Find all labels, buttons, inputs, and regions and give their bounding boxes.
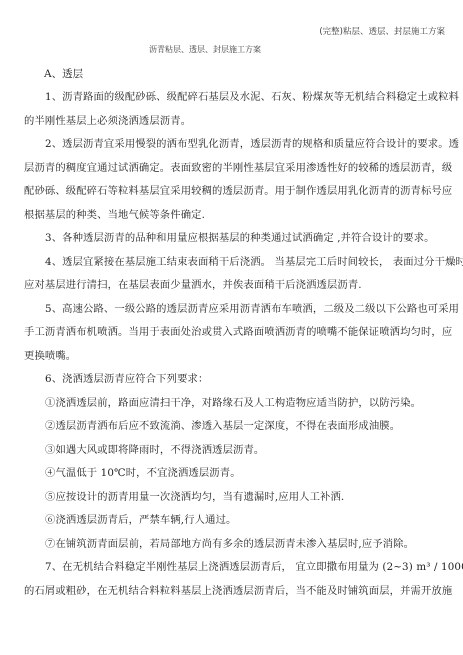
document-page: (完整)粘层、透层、封层施工方案 沥青粘层、透层、封层施工方案 A、透层 1、沥… [0,0,463,655]
paragraph-line: 5、高速公路、一级公路的透层沥青应采用沥青洒布车喷洒，二级及二级以下公路也可采用 [24,298,445,322]
requirement-item-1: ①浇洒透层前，路面应清扫干净，对路缘石及人工构造物应适当防护，以防污染。 [24,392,445,416]
paragraph-6: 6、浇洒透层沥青应符合下列要求： [24,368,445,392]
paragraph-line: 1、沥青路面的级配砂砾、级配碎石基层及水泥、石灰、粉煤灰等无机结合料稳定土或粒料 [24,86,445,110]
paragraph-7: 7、在无机结合料稳定半刚性基层上浇洒透层沥青后， 宜立即撒布用量为 (2~3) … [24,556,445,603]
requirement-item-4: ④气温低于 10℃时，不宜浇洒透层沥青。 [24,462,445,486]
paragraph-line: 3、各种透层沥青的品种和用量应根据基层的种类通过试洒确定 ,并符合设计的要求。 [24,227,445,251]
requirement-item-5: ⑤应按设计的沥青用量一次浇洒均匀，当有遗漏时,应用人工补洒. [24,486,445,510]
requirement-item-6: ⑥浇洒透层沥青后，严禁车辆,行人通过。 [24,509,445,533]
document-title: 沥青粘层、透层、封层施工方案 [149,44,261,55]
document-body: A、透层 1、沥青路面的级配砂砾、级配碎石基层及水泥、石灰、粉煤灰等无机结合料稳… [24,63,445,603]
requirement-item-3: ③如遇大风或即将降雨时，不得浇洒透层沥青。 [24,439,445,463]
paragraph-line: 7、在无机结合料稳定半刚性基层上浇洒透层沥青后， 宜立即撒布用量为 (2~3) … [24,556,445,580]
paragraph-line: 4、透层宜紧接在基层施工结束表面稍干后浇洒。 当基层完工后时间较长， 表面过分干… [24,251,445,275]
paragraph-1: 1、沥青路面的级配砂砾、级配碎石基层及水泥、石灰、粉煤灰等无机结合料稳定土或粒料… [24,86,445,133]
running-header: (完整)粘层、透层、封层施工方案 [319,25,445,37]
paragraph-2: 2、透层沥青宜采用慢裂的洒布型乳化沥青，透层沥青的规格和质量应符合设计的要求。透… [24,133,445,227]
paragraph-line: 2、透层沥青宜采用慢裂的洒布型乳化沥青，透层沥青的规格和质量应符合设计的要求。透 [24,133,445,157]
requirement-list: ①浇洒透层前，路面应清扫干净，对路缘石及人工构造物应适当防护，以防污染。 ②透层… [24,392,445,557]
paragraph-line: 根据基层的种类、当地气候等条件确定. [24,204,445,228]
paragraph-line: 手工沥青洒布机喷洒。当用于表面处治或贯入式路面喷洒沥青的喷嘴不能保证喷洒均匀时，… [24,321,445,345]
requirement-item-2: ②透层沥青洒布后应不致流淌、渗透入基层一定深度，不得在表面形成油膜。 [24,415,445,439]
paragraph-5: 5、高速公路、一级公路的透层沥青应采用沥青洒布车喷洒，二级及二级以下公路也可采用… [24,298,445,369]
paragraph-4: 4、透层宜紧接在基层施工结束表面稍干后浇洒。 当基层完工后时间较长， 表面过分干… [24,251,445,298]
requirement-item-7: ⑦在铺筑沥青面层前，若局部地方尚有多余的透层沥青未渗入基层时,应予消除。 [24,533,445,557]
paragraph-line: 层沥青的稠度宜通过试洒确定。表面致密的半刚性基层宜采用渗透性好的较稀的透层沥青，… [24,157,445,181]
paragraph-line: 应对基层进行清扫，在基层表面少量洒水，并俟表面稍干后浇洒透层沥青. [24,274,445,298]
paragraph-line: 6、浇洒透层沥青应符合下列要求： [24,368,445,392]
paragraph-line: 配砂砾、级配碎石等粒料基层宜采用较稠的透层沥青。用于制作透层用乳化沥青的沥青标号… [24,180,445,204]
section-heading: A、透层 [44,63,445,86]
paragraph-line: 更换喷嘴。 [24,345,445,369]
paragraph-3: 3、各种透层沥青的品种和用量应根据基层的种类通过试洒确定 ,并符合设计的要求。 [24,227,445,251]
paragraph-line: 的半刚性基层上必须浇洒透层沥青。 [24,110,445,134]
paragraph-line: 的石屑或粗砂，在无机结合料粒料基层上浇洒透层沥青后，当不能及时铺筑面层，并需开放… [24,580,445,604]
